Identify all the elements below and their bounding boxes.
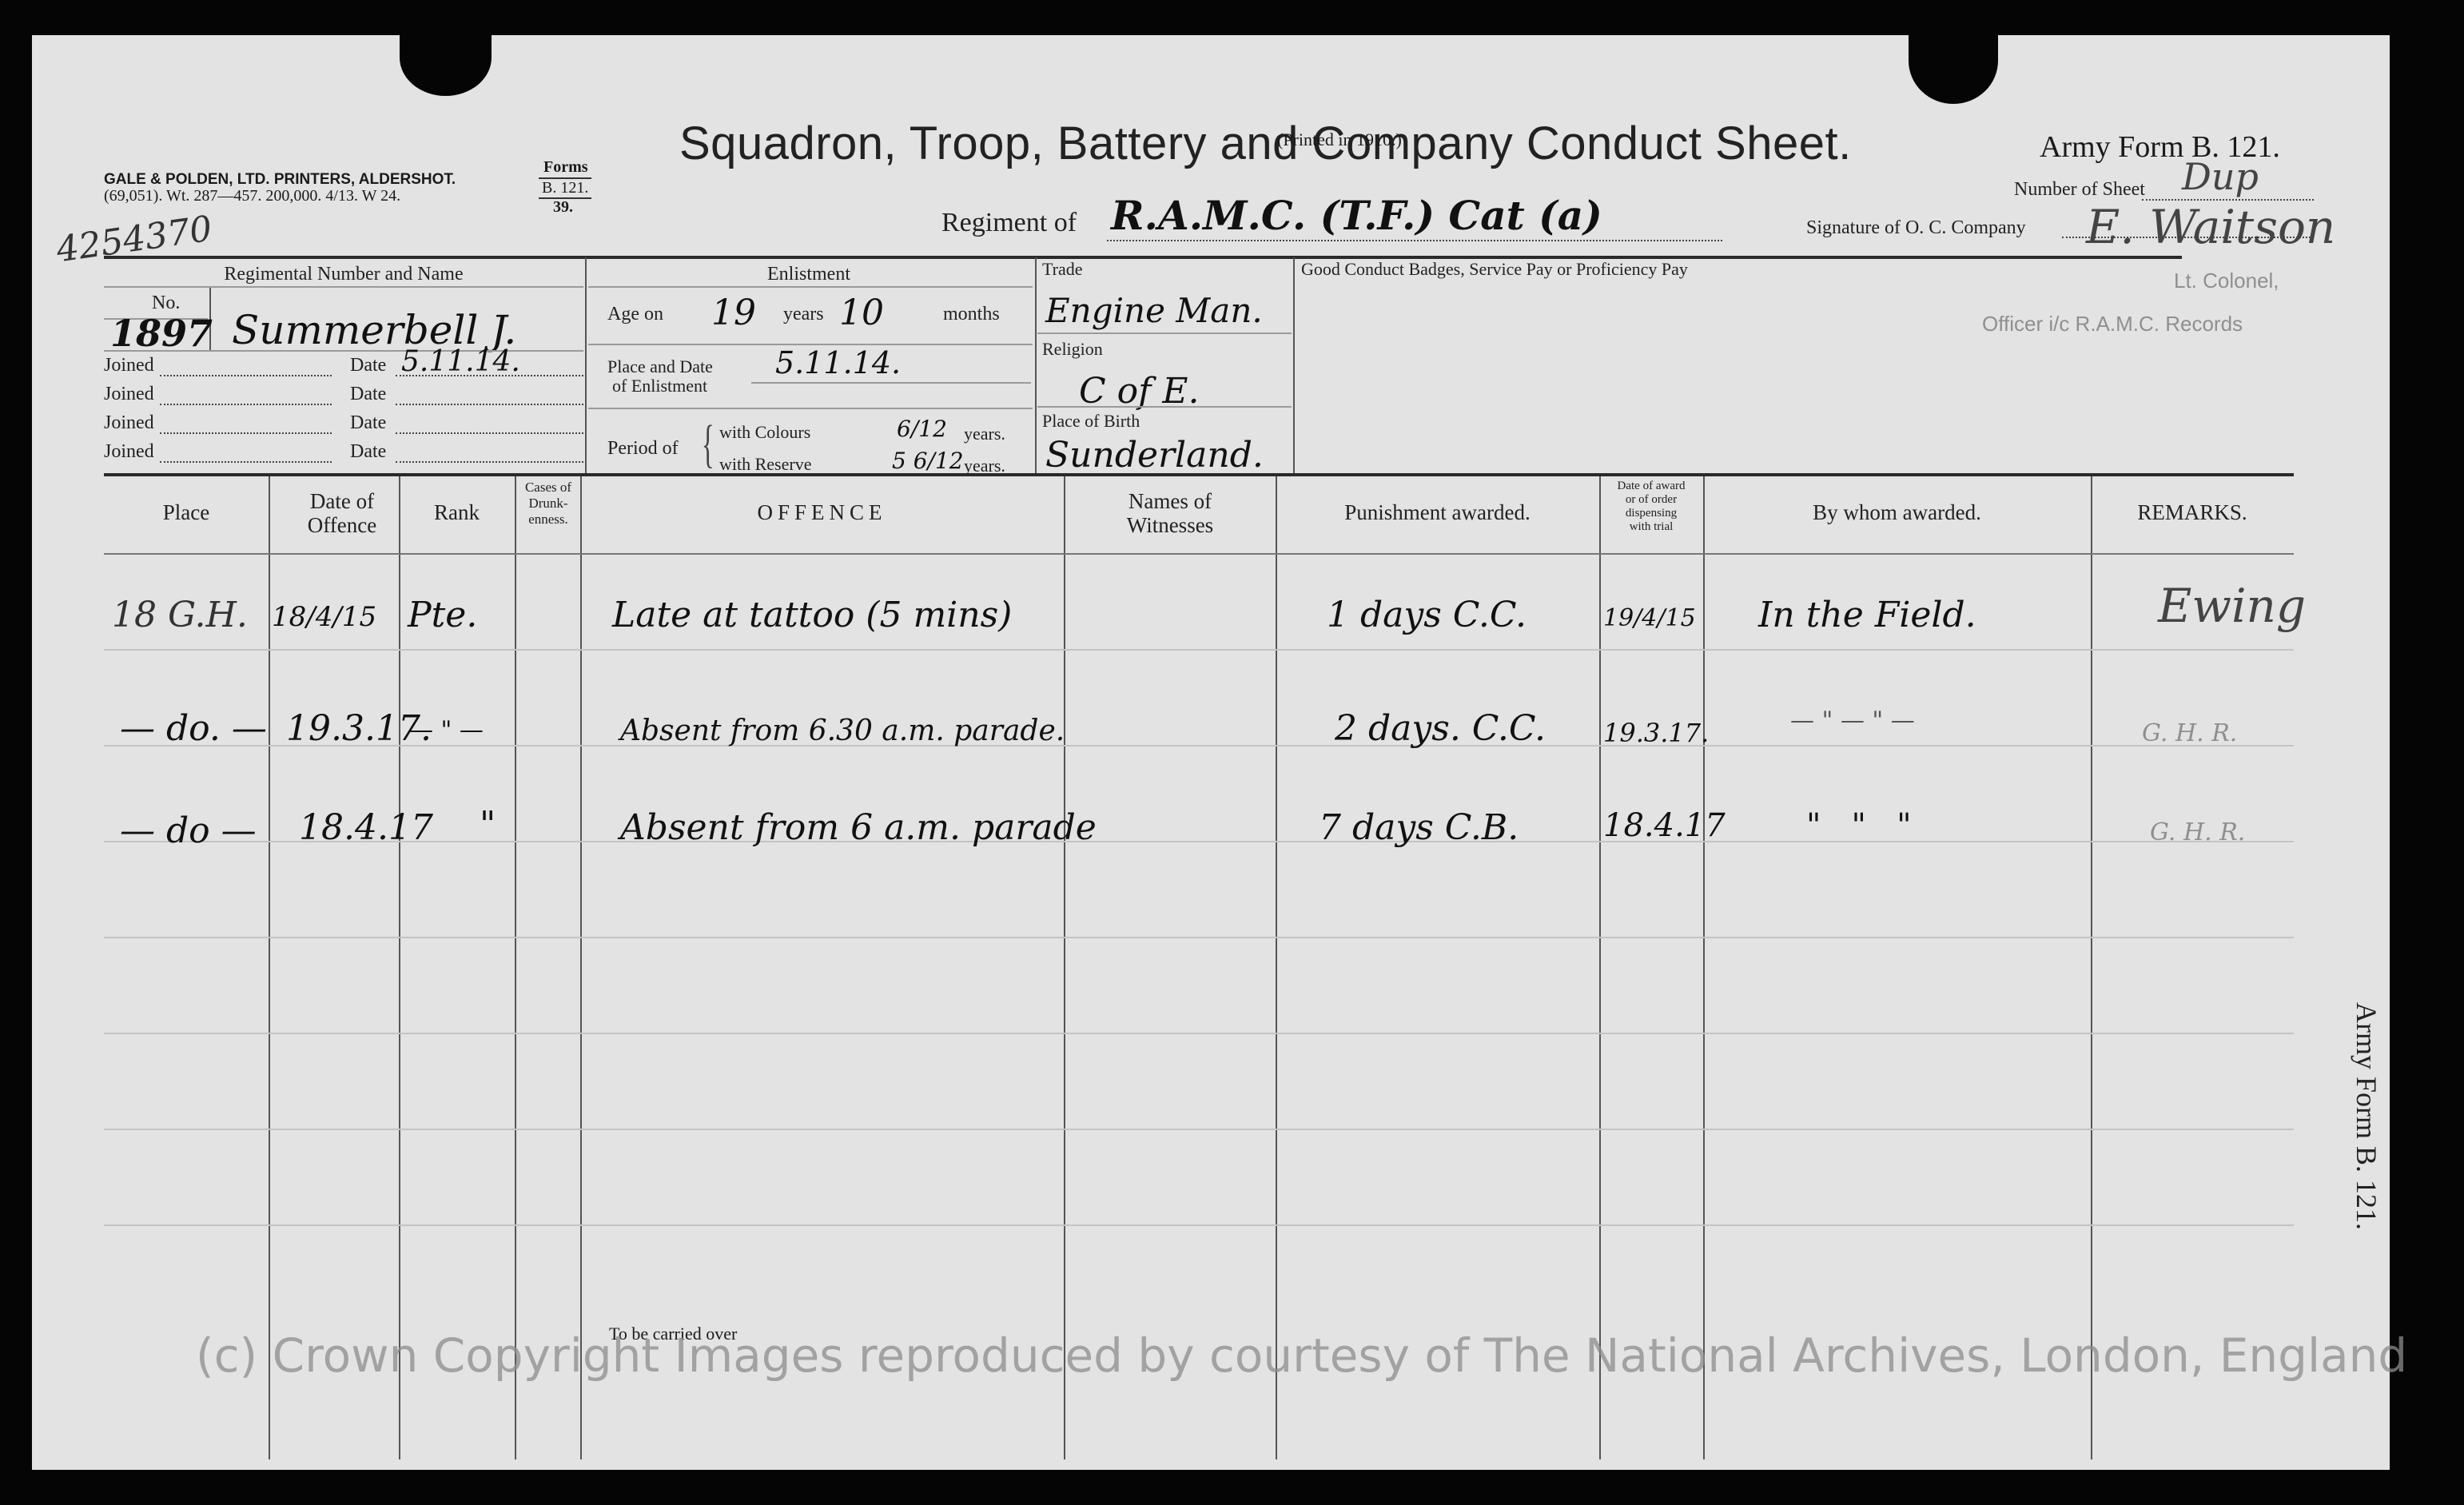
cell-remarks[interactable]: G. H. R.	[2150, 818, 2245, 846]
col-header-by-whom: By whom awarded.	[1703, 500, 2091, 525]
regimental-number[interactable]: 1897	[110, 312, 213, 355]
place-date-label-2: of Enlistment	[612, 376, 707, 396]
side-form-label: Army Form B. 121.	[2350, 1002, 2383, 1230]
punch-hole-right	[1909, 32, 1998, 104]
cell-place[interactable]: — do. —	[120, 708, 267, 749]
period-label: Period of	[607, 438, 679, 460]
age-years[interactable]: 19	[711, 293, 756, 333]
number-of-sheet-label: Number of Sheet	[2014, 179, 2145, 201]
ruled-line	[104, 745, 2294, 747]
date-line-2	[396, 404, 583, 405]
forms-number: B. 121.	[539, 177, 591, 199]
col-header-rank: Rank	[399, 500, 515, 525]
with-reserve-label: with Reserve	[719, 454, 811, 475]
cell-punishment[interactable]: 1 days C.C.	[1327, 595, 1527, 635]
cell-rank[interactable]: "	[480, 804, 496, 845]
enlistment-header-rule	[588, 286, 1033, 288]
col-header-remarks: REMARKS.	[2091, 500, 2294, 525]
conduct-sheet: GALE & POLDEN, LTD. PRINTERS, ALDERSHOT.…	[32, 35, 2390, 1470]
religion-label: Religion	[1042, 339, 1103, 360]
cell-remarks[interactable]: Ewing	[2158, 579, 2306, 633]
with-colours-label: with Colours	[719, 422, 810, 443]
joined-label-4: Joined	[104, 441, 154, 463]
forms-label: Forms	[543, 158, 588, 177]
birth-label: Place of Birth	[1042, 411, 1140, 432]
col-header-offence: OFFENCE	[580, 500, 1064, 525]
joined-label-2: Joined	[104, 384, 154, 405]
age-months[interactable]: 10	[839, 293, 884, 333]
months-label: months	[943, 304, 1000, 325]
printed-note: (Printed in 1910.)	[1277, 129, 1402, 150]
ruled-line	[104, 1129, 2294, 1130]
cell-rank[interactable]: Pte.	[408, 595, 477, 635]
col-header-date: Date of Offence	[304, 489, 380, 537]
period-brace: {	[702, 414, 715, 475]
records-stamp-line-1: Lt. Colonel,	[2174, 269, 2279, 293]
ruled-line	[104, 1033, 2294, 1034]
cell-place[interactable]: — do —	[120, 810, 257, 851]
place-date-label-1: Place and Date	[607, 356, 713, 377]
joined-label-3: Joined	[104, 412, 154, 434]
cell-by-whom[interactable]: — " — " —	[1790, 707, 1915, 735]
joined-date-1[interactable]: 5.11.14.	[401, 345, 520, 378]
cell-rank[interactable]: — " —	[409, 716, 484, 744]
cell-offence[interactable]: Late at tattoo (5 mins)	[612, 595, 1012, 635]
regiment-label: Regiment of	[941, 208, 1077, 238]
cell-punishment[interactable]: 7 days C.B.	[1319, 807, 1519, 848]
col-divider	[1599, 476, 1601, 1459]
col-divider	[2091, 476, 2092, 1459]
joined-label-1: Joined	[104, 355, 154, 376]
cell-award-date[interactable]: 18.4.17	[1603, 807, 1726, 844]
col-header-award-date: Date of award or of order dispensing wit…	[1601, 480, 1702, 534]
number-of-sheet-value[interactable]: Dup	[2182, 155, 2259, 198]
date-line-3	[396, 432, 583, 434]
col-divider	[515, 476, 516, 1459]
regiment-value[interactable]: R.A.M.C. (T.F.) Cat (a)	[1111, 192, 1602, 239]
ruled-line	[104, 937, 2294, 938]
col-header-drunkenness: Cases of Drunk-enness.	[518, 480, 579, 528]
col-divider	[1276, 476, 1277, 1459]
trade-rule	[1037, 332, 1292, 334]
joined-line-2	[160, 404, 332, 405]
signature-label: Signature of O. C. Company	[1806, 217, 2026, 239]
with-reserve-value[interactable]: 5 6/12	[892, 448, 964, 474]
col-header-punishment: Punishment awarded.	[1276, 500, 1599, 525]
cell-offence[interactable]: Absent from 6.30 a.m. parade.	[620, 715, 1065, 747]
forms-sub: 39.	[553, 198, 573, 217]
header-bottom-rule	[104, 553, 2294, 555]
col-header-witnesses: Names of Witnesses	[1095, 489, 1245, 537]
date-label-3: Date	[350, 412, 386, 434]
cell-remarks[interactable]: G. H. R.	[2142, 719, 2237, 747]
trade-label: Trade	[1042, 259, 1083, 280]
years-label: years	[783, 304, 824, 325]
joined-line-3	[160, 432, 332, 434]
col-divider	[580, 476, 582, 1459]
no-label: No.	[152, 293, 180, 314]
col-divider	[269, 476, 270, 1459]
block-divider-3	[1293, 257, 1295, 473]
cell-date[interactable]: 18/4/15	[272, 601, 376, 633]
printer-line-1: GALE & POLDEN, LTD. PRINTERS, ALDERSHOT.	[104, 171, 456, 189]
enlistment-header: Enlistment	[585, 264, 1033, 285]
table-top-rule	[104, 473, 2294, 476]
date-line-4	[396, 461, 583, 463]
date-label-4: Date	[350, 441, 386, 463]
age-label: Age on	[607, 304, 663, 325]
joined-line-4	[160, 461, 332, 463]
punch-hole-left	[400, 32, 492, 96]
date-label-1: Date	[350, 355, 386, 376]
info-top-rule	[104, 256, 2182, 259]
birth-value[interactable]: Sunderland.	[1045, 435, 1264, 476]
col-header-place: Place	[104, 500, 269, 525]
joined-line-1	[160, 375, 332, 376]
ruled-line	[104, 1224, 2294, 1226]
place-date-rule	[588, 408, 1033, 409]
block-divider-2	[1035, 257, 1037, 473]
with-colours-years: years.	[964, 424, 1005, 444]
printer-line-2: (69,051). Wt. 287—457. 200,000. 4/13. W …	[104, 187, 400, 205]
cell-punishment[interactable]: 2 days. C.C.	[1335, 708, 1546, 749]
good-conduct-label: Good Conduct Badges, Service Pay or Prof…	[1301, 259, 1688, 280]
cell-date[interactable]: 18.4.17	[299, 807, 433, 848]
file-number: 4254370	[54, 209, 214, 271]
cell-offence[interactable]: Absent from 6 a.m. parade	[620, 807, 1097, 848]
with-colours-value[interactable]: 6/12	[897, 416, 947, 442]
regiment-underline	[1107, 240, 1722, 241]
records-stamp-line-2: Officer i/c R.A.M.C. Records	[1982, 312, 2243, 336]
page-title: Squadron, Troop, Battery and Company Con…	[679, 117, 1852, 170]
regimental-header: Regimental Number and Name	[104, 264, 583, 285]
block-divider-1	[585, 257, 587, 473]
cell-by-whom[interactable]: " " "	[1806, 807, 1911, 844]
date-label-2: Date	[350, 384, 386, 405]
col-divider	[1064, 476, 1065, 1459]
trade-value[interactable]: Engine Man.	[1045, 291, 1263, 330]
place-date-value[interactable]: 5.11.14.	[775, 345, 901, 380]
cell-place[interactable]: 18 G.H.	[112, 595, 248, 635]
cell-by-whom[interactable]: In the Field.	[1758, 595, 1976, 635]
col-divider	[399, 476, 400, 1459]
place-date-midline	[751, 382, 1031, 384]
religion-rule	[1037, 406, 1292, 408]
col-divider	[1703, 476, 1705, 1459]
signature-value[interactable]: E. Waitson	[2086, 200, 2335, 254]
ruled-line	[104, 649, 2294, 651]
regimental-header-rule	[104, 286, 583, 288]
cell-award-date[interactable]: 19/4/15	[1603, 604, 1696, 632]
cell-award-date[interactable]: 19.3.17.	[1603, 718, 1709, 748]
copyright-watermark: (c) Crown Copyright Images reproduced by…	[196, 1328, 2407, 1383]
